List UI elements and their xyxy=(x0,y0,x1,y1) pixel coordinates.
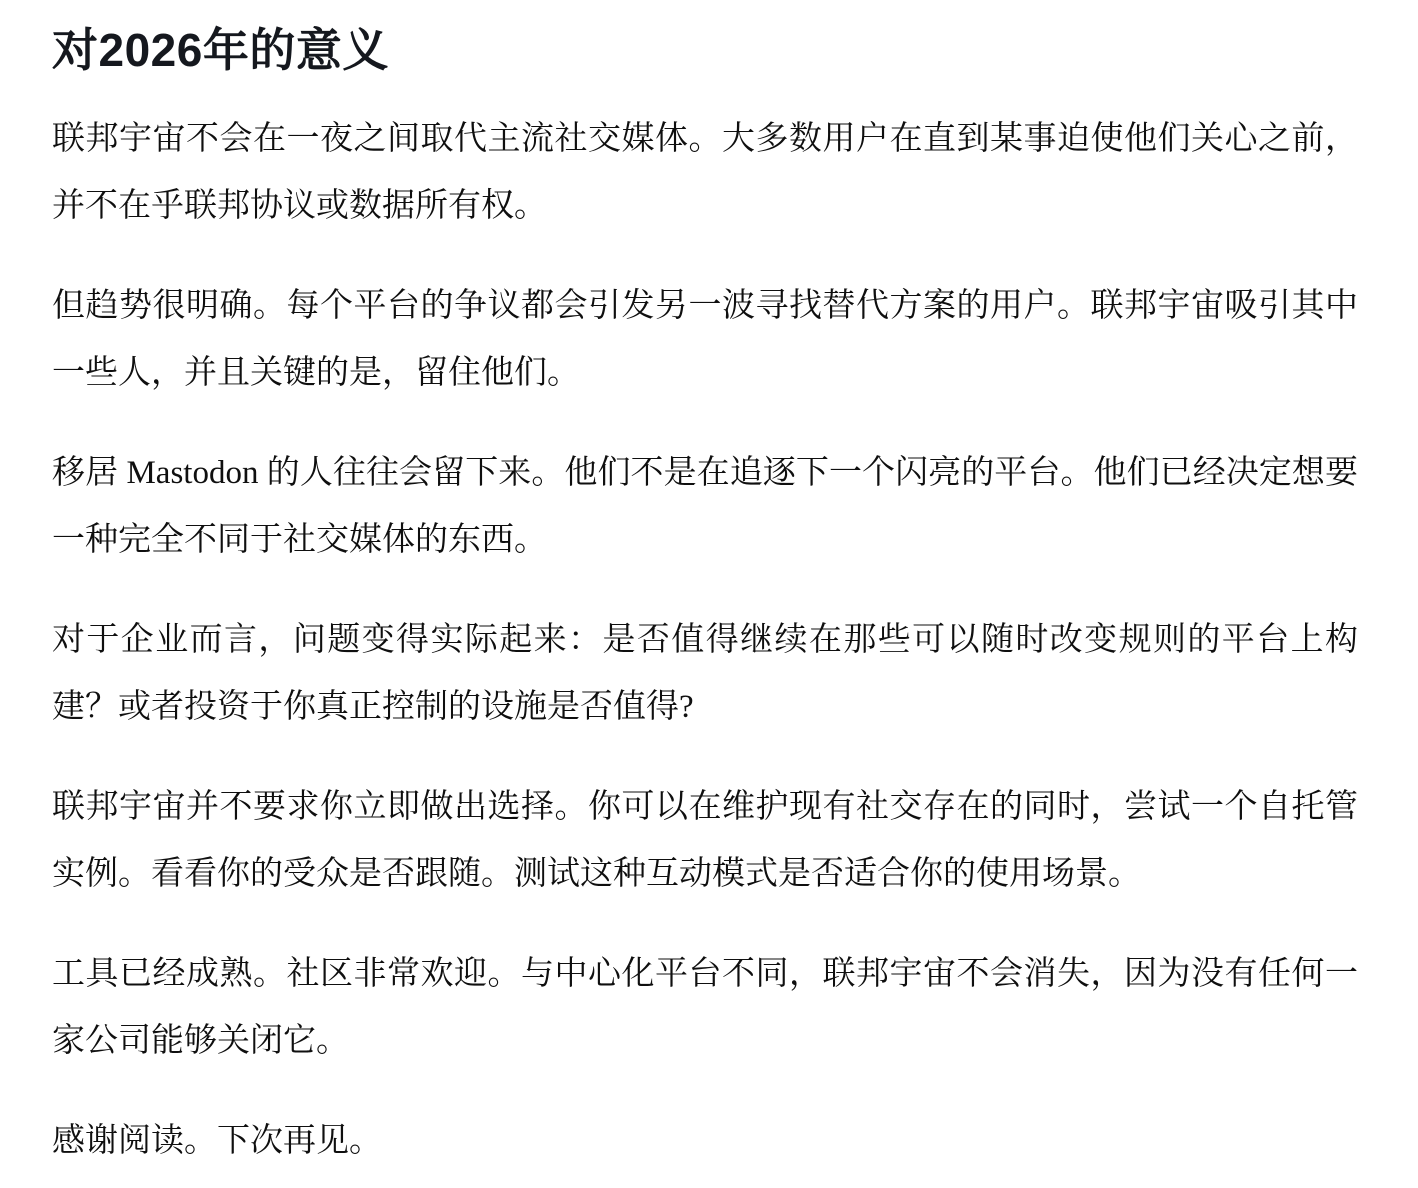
document-page: 对2026年的意义 联邦宇宙不会在一夜之间取代主流社交媒体。大多数用户在直到某事… xyxy=(0,0,1418,1188)
paragraph: 感谢阅读。下次再见。 xyxy=(52,1108,1358,1175)
paragraph: 联邦宇宙并不要求你立即做出选择。你可以在维护现有社交存在的同时，尝试一个自托管实… xyxy=(52,774,1358,908)
paragraph: 工具已经成熟。社区非常欢迎。与中心化平台不同，联邦宇宙不会消失，因为没有任何一家… xyxy=(52,941,1358,1075)
section-heading: 对2026年的意义 xyxy=(52,22,1358,80)
article-content: 对2026年的意义 联邦宇宙不会在一夜之间取代主流社交媒体。大多数用户在直到某事… xyxy=(0,0,1418,1175)
paragraph: 但趋势很明确。每个平台的争议都会引发另一波寻找替代方案的用户。联邦宇宙吸引其中一… xyxy=(52,273,1358,407)
paragraph: 联邦宇宙不会在一夜之间取代主流社交媒体。大多数用户在直到某事迫使他们关心之前，并… xyxy=(52,106,1358,240)
paragraph: 移居 Mastodon 的人往往会留下来。他们不是在追逐下一个闪亮的平台。他们已… xyxy=(52,440,1358,574)
paragraph: 对于企业而言，问题变得实际起来：是否值得继续在那些可以随时改变规则的平台上构建？… xyxy=(52,607,1358,741)
